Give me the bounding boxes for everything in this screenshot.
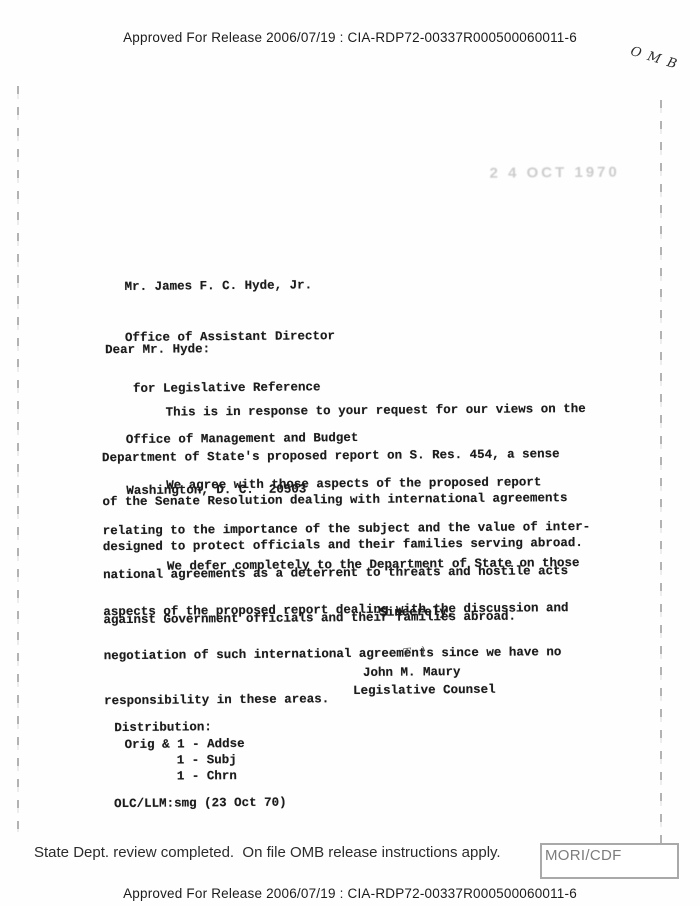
letter-content: 2 4 OCT 1970 Mr. James F. C. Hyde, Jr. O… — [0, 0, 700, 906]
distribution-line-addse: Orig & 1 - Addse — [124, 737, 244, 752]
body-line: We agree with those aspects of the propo… — [166, 475, 590, 494]
body-line: aspects of the proposed report dealing w… — [103, 601, 580, 620]
distribution-heading: Distribution: — [114, 720, 212, 735]
mori-cdf-label: MORI/CDF — [545, 847, 622, 864]
footer-classification-line: Approved For Release 2006/07/19 : CIA-RD… — [0, 886, 700, 901]
office-reference-line: OLC/LLM:smg (23 Oct 70) — [114, 796, 287, 812]
scanned-letter-page: Approved For Release 2006/07/19 : CIA-RD… — [0, 0, 700, 906]
received-date-stamp: 2 4 OCT 1970 — [489, 164, 619, 182]
distribution-line-chrn: 1 - Chrn — [177, 769, 237, 784]
review-status-note: State Dept. review completed. On file OM… — [34, 844, 501, 861]
body-line: responsibility in these areas. — [104, 690, 581, 709]
signer-title: Legislative Counsel — [353, 683, 496, 698]
closing-sincerely: Sincerely, — [379, 605, 454, 620]
address-line: Mr. James F. C. Hyde, Jr. — [124, 277, 357, 296]
body-line: We defer completely to the Department of… — [167, 556, 580, 575]
signer-name: John M. Maury — [363, 665, 461, 680]
body-line: negotiation of such international agreem… — [104, 645, 581, 664]
salutation: Dear Mr. Hyde: — [105, 342, 210, 357]
body-line: This is in response to your request for … — [166, 402, 586, 421]
distribution-line-subj: 1 - Subj — [177, 753, 237, 768]
paragraph-3: We defer completely to the Department of… — [103, 526, 581, 739]
mori-cdf-box: MORI/CDF — [540, 843, 679, 879]
